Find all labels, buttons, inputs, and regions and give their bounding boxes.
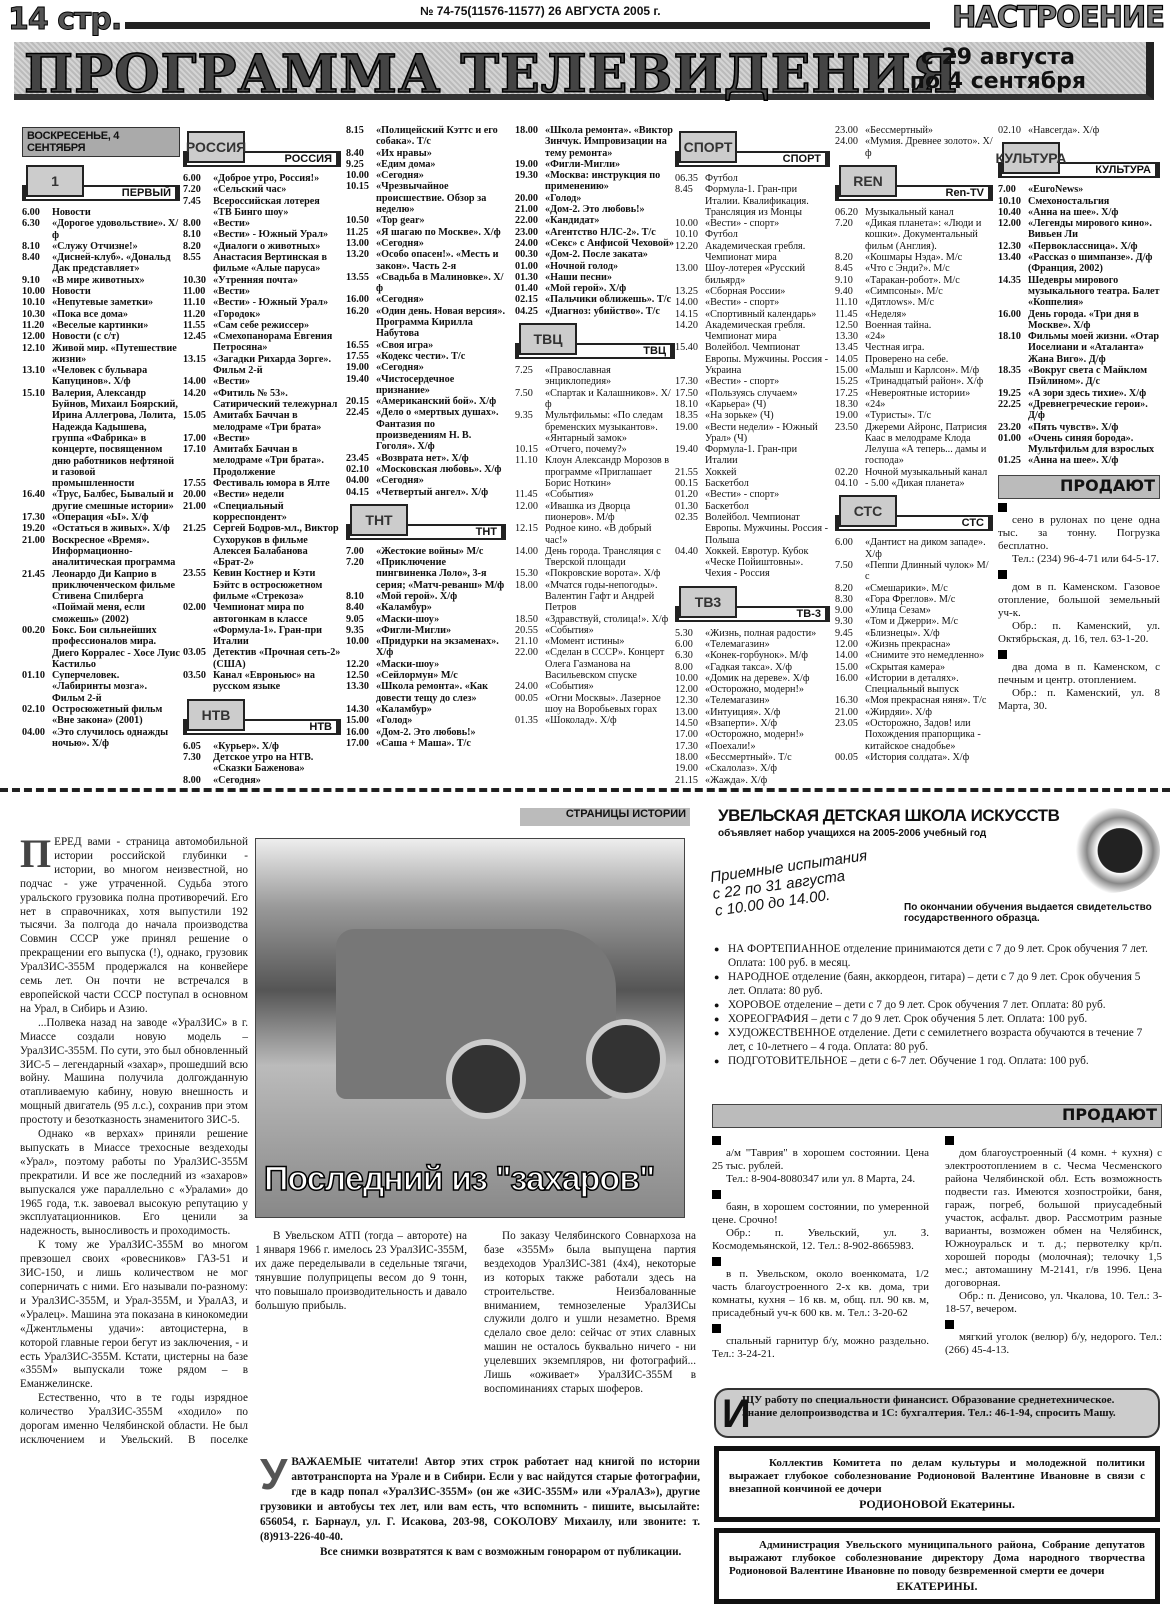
program-time: 01.40 xyxy=(515,283,545,294)
program-time: 18.10 xyxy=(998,331,1028,365)
program-title: «Телемагазин» xyxy=(705,639,830,650)
program-time: 23.00 xyxy=(835,125,865,136)
program-time: 23.20 xyxy=(998,422,1028,433)
program-listing: 7.20«Сельский час» xyxy=(183,184,341,195)
program-listing: 8.15«Полицейский Кэттс и его собака». Т/… xyxy=(346,125,506,148)
program-listing: 01.25«Анна на шее». Х/ф xyxy=(998,455,1160,466)
program-time: 01.35 xyxy=(515,715,545,726)
program-listing: 18.30«24» xyxy=(835,399,993,410)
program-listing: 10.00«Придурки на экзаменах». Х/ф xyxy=(346,636,506,659)
program-listing: 18.10Фильмы моей жизни. «Отар Иоселиани … xyxy=(998,331,1160,365)
program-time: 13.25 xyxy=(675,286,705,297)
program-time: 12.00 xyxy=(835,639,865,650)
program-listing: 8.40«Их нравы» xyxy=(346,148,506,159)
program-title: «Диалоги о животных» xyxy=(213,241,341,252)
program-listing: 21.55Хоккей xyxy=(675,467,830,478)
program-listing: 7.30Детское утро на НТВ. «Сказки Баженов… xyxy=(183,752,341,775)
program-title: «События» xyxy=(545,681,675,692)
program-listing: 15.40Волейбол. Чемпионат Европы. Мужчины… xyxy=(675,342,830,376)
program-time: 8.40 xyxy=(22,252,52,275)
program-listing: 01.20«Вести» - спорт» xyxy=(675,489,830,500)
program-title: «Невероятные истории» xyxy=(865,388,993,399)
program-time: 16.00 xyxy=(346,294,376,305)
program-title: Всероссийская лотерея «ТВ Бинго шоу» xyxy=(213,196,341,219)
program-listing: 22.00«Сделан в СССР». Концерт Олега Газм… xyxy=(515,647,675,681)
program-time: 8.20 xyxy=(835,252,865,263)
header-rule xyxy=(125,22,930,29)
program-title: День города. Трансляция с Тверской площа… xyxy=(545,546,675,569)
program-listing: 13.55«Свадьба в Малиновке». Х/ф xyxy=(346,272,506,295)
job-wanted-ad: И ЩУ работу по специальности финансист. … xyxy=(714,1388,1160,1438)
program-listing: 8.45Формула-1. Гран-при Италии. Квалифик… xyxy=(675,184,830,218)
program-title: Амитабх Баччан в мелодраме «Три брата» xyxy=(213,410,341,433)
channel-header: ТНТТНТ xyxy=(346,504,506,542)
program-listing: 8.00«Сегодня» xyxy=(183,775,341,786)
program-time: 8.15 xyxy=(346,125,376,148)
tv-program-banner: ПРОГРАММА ТЕЛЕВИДЕНИЯ с 29 августа по 4 … xyxy=(14,42,1154,100)
program-time: 04.00 xyxy=(22,727,52,750)
ad-text: Тел.: 8-904-8080347 или ул. 8 Марта, 24. xyxy=(712,1173,929,1186)
program-time: 21.55 xyxy=(675,467,705,478)
sell-header: ПРОДАЮТ xyxy=(712,1104,1162,1128)
program-time: 9.10 xyxy=(22,275,52,286)
program-listing: 01.30Баскетбол xyxy=(675,501,830,512)
tv-column-6: 23.00«Бессмертный»24.00«Мумия. Древнее з… xyxy=(835,125,993,763)
program-listing: 8.40«Дисней-клуб». «Дональд Дак представ… xyxy=(22,252,180,275)
program-title: «Чистосердечное признание» xyxy=(376,374,506,397)
program-title: «Голод» xyxy=(545,193,675,204)
program-listing: 15.10Валерия, Александр Буйнов, Михаил Б… xyxy=(22,388,180,490)
program-time: 17.55 xyxy=(183,478,213,489)
program-listing: 10.00«Сегодня» xyxy=(346,170,506,181)
program-listing: 22.00«Кандидат» xyxy=(515,215,675,226)
program-listing: 8.00«Гадкая такса». Х/ф xyxy=(675,662,830,673)
condolence-name: ЕКАТЕРИНЫ. xyxy=(729,1580,1145,1593)
program-title: «Вести» - Южный Урал» xyxy=(213,229,341,240)
program-listing: 01.35«Шоколад». Х/ф xyxy=(515,715,675,726)
program-title: «Жизнь прекрасна» xyxy=(865,639,993,650)
program-listing: 9.10«В мире животных» xyxy=(22,275,180,286)
program-listing: 21.25Сергей Бодров-мл., Виктор Сухоруков… xyxy=(183,523,341,568)
channel-header: РОССИЯРОССИЯ xyxy=(183,131,341,169)
program-title: «Поехали!» xyxy=(705,741,830,752)
program-title: Футбол xyxy=(705,229,830,240)
program-title: «Сегодня» xyxy=(376,294,506,305)
channel-tv3-cont: 23.00«Бессмертный»24.00«Мумия. Древнее з… xyxy=(835,125,993,159)
program-listing: 6.00«Доброе утро, Россия!» xyxy=(183,173,341,184)
program-listing: 01.30«Наши песни» xyxy=(515,272,675,283)
program-title: «Интуиция». Х/ф xyxy=(705,707,830,718)
program-listing: 14.20Академическая гребля. Чемпионат мир… xyxy=(675,320,830,343)
program-time: 04.10 xyxy=(835,478,865,489)
program-listing: 00.05«История солдата». Х/ф xyxy=(835,752,993,763)
program-time: 19.25 xyxy=(998,388,1028,399)
program-listing: 8.00«Вести» xyxy=(183,218,341,229)
program-time: 6.00 xyxy=(675,639,705,650)
program-title: «Курьер». Х/ф xyxy=(213,741,341,752)
program-time: 21.00 xyxy=(183,501,213,524)
condolence-text: Коллектив Комитета по делам культуры и м… xyxy=(729,1457,1145,1496)
program-listing: 11.00«Вести» xyxy=(183,286,341,297)
program-listing: 17.10Амитабх Баччан в мелодраме «Три бра… xyxy=(183,444,341,478)
program-title: «Сегодня» xyxy=(213,775,341,786)
program-time: 14.00 xyxy=(675,297,705,308)
school-departments: НА ФОРТЕПИАННОЕ отделение принимаются де… xyxy=(712,942,1157,1068)
program-listing: 6.00«Дантист на диком западе». Х/ф xyxy=(835,537,993,560)
program-listing: 21.45Леонардо Ди Каприо в приключенческо… xyxy=(22,569,180,625)
sell-header: ПРОДАЮТ xyxy=(998,475,1160,499)
program-title: «Что с Энди?». М/с xyxy=(865,263,993,274)
program-time: 8.10 xyxy=(346,591,376,602)
program-title: Хоккей. Евротур. Кубок «Ческе Пойиштовны… xyxy=(705,546,830,580)
program-title: «Трус, Балбес, Бывалый и другие смешные … xyxy=(52,489,180,512)
program-listing: 24.00«Секс» с Анфисой Чеховой» xyxy=(515,238,675,249)
program-time: 17.30 xyxy=(675,376,705,387)
program-title: «Сельский час» xyxy=(213,184,341,195)
program-listing: 14.30«Каламбур» xyxy=(346,704,506,715)
program-time: 10.00 xyxy=(675,218,705,229)
program-title: Академическая гребля. Чемпионат мира xyxy=(705,241,830,264)
program-time: 11.25 xyxy=(346,227,376,238)
program-listing: 21.00«Дом-2. Это любовь!» xyxy=(515,204,675,215)
tv-column-2: РОССИЯРОССИЯ6.00«Доброе утро, Россия!»7.… xyxy=(183,125,341,786)
reader-appeal: У ВАЖАЕМЫЕ читатели! Автор этих строк ра… xyxy=(260,1455,700,1560)
program-listing: 02.10Остросюжетный фильм «Вне закона» (2… xyxy=(22,704,180,727)
program-time: 20.55 xyxy=(515,625,545,636)
program-time: 12.50 xyxy=(835,320,865,331)
program-title: «Вести» - спорт» xyxy=(705,489,830,500)
program-listing: 22.25«Древнегреческие герои». Д/ф xyxy=(998,399,1160,422)
program-listing: 15.00«Голод» xyxy=(346,715,506,726)
article-paragraph: ...Полвека назад на заводе «УралЗИС» в г… xyxy=(20,1017,248,1128)
program-title: «Момент истины» xyxy=(545,636,675,647)
program-title: «Фигли-Мигли» xyxy=(545,159,675,170)
ad-text: а/м "Таврия" в хорошем состоянии. Цена 2… xyxy=(712,1147,929,1173)
program-listing: 23.55Кевин Костнер и Кэти Бэйтс в острос… xyxy=(183,568,341,602)
program-title: «Туристы». Т/с xyxy=(865,410,993,421)
program-listing: 19.40«Чистосердечное признание» xyxy=(346,374,506,397)
channel-header: СТССТС xyxy=(835,495,993,533)
program-listing: 02.10«Навсегда». Х/ф xyxy=(998,125,1160,136)
program-title: Военная тайна. xyxy=(865,320,993,331)
program-listing: 7.20«Дикая планета»: «Люди и кошки». Док… xyxy=(835,218,993,252)
program-listing: 18.00«Школа ремонта». «Виктор Зинчук. Им… xyxy=(515,125,675,159)
program-title: «Анна на шее». Х/ф xyxy=(1028,207,1160,218)
program-time: 01.00 xyxy=(515,261,545,272)
program-listing: 12.00«Жизнь прекрасна» xyxy=(835,639,993,650)
program-time: 14.20 xyxy=(675,320,705,343)
program-listing: 12.50«Сейлормун» М/с xyxy=(346,670,506,681)
program-time: 04.00 xyxy=(346,475,376,486)
program-time: 22.25 xyxy=(998,399,1028,422)
truck-photo: Последний из "захаров" xyxy=(255,838,685,1218)
program-title: «Вести» - спорт» xyxy=(705,376,830,387)
program-listing: 13.00«Сегодня» xyxy=(346,238,506,249)
channel-rossiya: РОССИЯРОССИЯ6.00«Доброе утро, Россия!»7.… xyxy=(183,131,341,693)
program-time: 14.00 xyxy=(835,650,865,661)
program-time: 8.55 xyxy=(183,252,213,275)
program-title: «Карьера» (Ч) xyxy=(705,399,830,410)
program-title: «Очень синяя борода». Мультфильм для взр… xyxy=(1028,433,1160,456)
program-title: «Специальный корреспондент» xyxy=(213,501,341,524)
program-title: Новости xyxy=(52,286,180,297)
program-time: 22.00 xyxy=(515,215,545,226)
sell-ads-large: ПРОДАЮТ а/м "Таврия" в хорошем состоянии… xyxy=(712,1096,1162,1361)
program-listing: 19.30«Москва: инструкция по применению» xyxy=(515,170,675,193)
program-time: 9.25 xyxy=(346,159,376,170)
program-time: 8.00 xyxy=(183,775,213,786)
channel-kultura: КУЛЬТУРАКУЛЬТУРА7.00«EuroNews»10.10Смехо… xyxy=(998,142,1160,466)
department-item: ХУДОЖЕСТВЕННОЕ отделение. Дети с семилет… xyxy=(712,1026,1157,1054)
program-time: 15.30 xyxy=(515,568,545,579)
program-title: «Улица Сезам» xyxy=(865,605,993,616)
program-listing: 14.20«Фитиль № 53». Сатирический тележур… xyxy=(183,388,341,411)
program-time: 8.30 xyxy=(835,594,865,605)
program-time: 16.00 xyxy=(835,673,865,696)
ad-text: Обр.: п. Каменский, ул. 8 Марта, 30. xyxy=(998,687,1160,713)
program-time: 12.30 xyxy=(675,695,705,706)
program-time: 21.45 xyxy=(22,569,52,625)
program-listing: 06.20Музыкальный канал xyxy=(835,207,993,218)
program-listing: 01.40«Мой герой». Х/ф xyxy=(515,283,675,294)
program-time: 14.00 xyxy=(183,376,213,387)
program-time: 13.55 xyxy=(346,272,376,295)
program-time: 15.25 xyxy=(835,376,865,387)
program-title: «Рассказ о шимпанзе». Д/ф (Франция, 2002… xyxy=(1028,252,1160,275)
program-listing: 21.10«Момент истины» xyxy=(515,636,675,647)
bullet-square-icon xyxy=(712,1324,721,1333)
program-title: «Смешарики». М/с xyxy=(865,583,993,594)
program-title: «Вести» недели xyxy=(213,489,341,500)
bullet-square-icon xyxy=(945,1320,954,1329)
ad-text: в п. Увельском, около военкомата, 1/2 ча… xyxy=(712,1268,929,1320)
program-time: 17.55 xyxy=(346,351,376,362)
program-title: «Их нравы» xyxy=(376,148,506,159)
program-title: «Гора Фреглов». М/с xyxy=(865,594,993,605)
program-time: 16.00 xyxy=(998,309,1028,332)
program-listing: 7.00«Жестокие войны» М/с xyxy=(346,546,506,557)
program-time: 14.15 xyxy=(675,309,705,320)
program-listing: 23.20«Пять чувств». Х/ф xyxy=(998,422,1160,433)
program-listing: 11.45«Неделя» xyxy=(835,309,993,320)
program-time: 13.20 xyxy=(346,249,376,272)
program-title: «Скалолаз». Х/ф xyxy=(705,763,830,774)
tv-column-3: 8.15«Полицейский Кэттс и его собака». Т/… xyxy=(346,125,506,749)
program-time: 18.00 xyxy=(515,580,545,614)
program-title: «Бессмертный». Т/с xyxy=(705,752,830,763)
program-title: «Дикая планета»: «Люди и кошки». Докумен… xyxy=(865,218,993,252)
program-time: 15.00 xyxy=(835,365,865,376)
program-listing: 10.40«Анна на шее». Х/ф xyxy=(998,207,1160,218)
program-listing: 11.45«События» xyxy=(515,489,675,500)
program-listing: 19.25«А зори здесь тихие». Х/ф xyxy=(998,388,1160,399)
tv-column-1: ВОСКРЕСЕНЬЕ, 4 СЕНТЯБРЯ ПЕРВЫЙ16.00Новос… xyxy=(22,125,180,749)
program-listing: 00.15Баскетбол xyxy=(675,478,830,489)
program-time: 02.00 xyxy=(183,602,213,647)
program-listing: 9.35«Фигли-Мигли» xyxy=(346,625,506,636)
program-title: «Сегодня» xyxy=(376,238,506,249)
program-title: «Дорогое удовольствие». Х/ф xyxy=(52,218,180,241)
channel-header: ТВЦТВЦ xyxy=(515,323,675,361)
channel-ntv-cont: 8.15«Полицейский Кэттс и его собака». Т/… xyxy=(346,125,506,498)
program-listing: 02.20Ночной музыкальный канал xyxy=(835,467,993,478)
channel-tvc: ТВЦТВЦ7.25«Православная энциклопедия»7.5… xyxy=(515,323,675,727)
program-time: 16.20 xyxy=(346,306,376,340)
program-title: «Первоклассница». Х/ф xyxy=(1028,241,1160,252)
program-listing: 17.00«Вести» xyxy=(183,433,341,444)
program-title: «Шоколад». Х/ф xyxy=(545,715,675,726)
program-title: «Московская любовь». Х/ф xyxy=(376,464,506,475)
history-article-col1: ПЕРЕД вами - страница автомобильной исто… xyxy=(20,836,248,1448)
program-listing: 23.00«Бессмертный» xyxy=(835,125,993,136)
department-item: НА ФОРТЕПИАННОЕ отделение принимаются де… xyxy=(712,942,1157,970)
program-title: «EuroNews» xyxy=(1028,184,1160,195)
program-time: 6.05 xyxy=(183,741,213,752)
program-title: «На зорьке» (Ч) xyxy=(705,410,830,421)
sell-column-right: дом благоустроенный (4 комн. + кухня) с … xyxy=(945,1132,1162,1361)
program-listing: 8.10«Вести» - Южный Урал» xyxy=(183,229,341,240)
program-time: 02.15 xyxy=(515,294,545,305)
program-time: 16.30 xyxy=(835,695,865,706)
program-listing: 02.15«Пальчики оближешь». Т/с xyxy=(515,294,675,305)
program-title: «Пальчики оближешь». Т/с xyxy=(545,294,675,305)
program-title: «Скрытая камера» xyxy=(865,662,993,673)
page-header: 14 стр. № 74-75(11576-11577) 26 АВГУСТА … xyxy=(0,0,1170,40)
program-listing: 12.00«Легенды мирового кино». Вивьен Ли xyxy=(998,218,1160,241)
program-title: «Гадкая такса». Х/ф xyxy=(705,662,830,673)
program-time: 7.50 xyxy=(515,388,545,411)
program-listing: 12.45«Смехопанорама Евгения Петросяна» xyxy=(183,331,341,354)
program-title: «Вести» xyxy=(213,218,341,229)
program-title: «Американский бой». Х/ф xyxy=(376,396,506,407)
program-title: «Жестокие войны» М/с xyxy=(376,546,506,557)
program-time: 7.20 xyxy=(346,557,376,591)
page-number: 14 стр. xyxy=(8,2,121,37)
program-title: «24» xyxy=(865,399,993,410)
bullet-square-icon xyxy=(998,650,1007,659)
program-title: Музыкальный канал xyxy=(865,207,993,218)
program-listing: 18.50«Здравствуй, столица!». Х/ф xyxy=(515,614,675,625)
program-title: «Жажда». Х/ф xyxy=(705,775,830,786)
program-title: Чемпионат мира по автогонкам в классе «Ф… xyxy=(213,602,341,647)
program-time: 13.45 xyxy=(835,342,865,353)
program-time: 8.00 xyxy=(183,218,213,229)
program-title: «Древнегреческие герои». Д/ф xyxy=(1028,399,1160,422)
program-time: 13.40 xyxy=(998,252,1028,275)
ad-text: мягкий уголок (велюр) б/у, недорого. Тел… xyxy=(945,1331,1162,1357)
program-listing: 8.30«Гора Фреглов». М/с xyxy=(835,594,993,605)
program-listing: 12.00Новости (с с/т) xyxy=(22,331,180,342)
program-title: Новости (с с/т) xyxy=(52,331,180,342)
tv-column-4: 18.00«Школа ремонта». «Виктор Зинчук. Им… xyxy=(515,125,675,727)
program-listing: 13.45Честная игра. xyxy=(835,342,993,353)
program-time: 7.00 xyxy=(998,184,1028,195)
history-article-col3: По заказу Челябинского Совнархоза на баз… xyxy=(484,1230,696,1397)
program-time: 23.55 xyxy=(183,568,213,602)
bullet-square-icon xyxy=(712,1136,721,1145)
program-title: «Я шагаю по Москве». Х/ф xyxy=(376,227,506,238)
program-title: «Том и Джерри». М/с xyxy=(865,616,993,627)
program-listing: 17.00«Осторожно, модерн!» xyxy=(675,729,830,740)
program-time: 6.00 xyxy=(835,537,865,560)
program-title: «Телемагазин» xyxy=(705,695,830,706)
program-time: 19.20 xyxy=(22,523,52,534)
program-time: 13.15 xyxy=(183,354,213,377)
program-listing: 13.20«Особо опасен!». «Месть и закон». Ч… xyxy=(346,249,506,272)
program-title: «Дом-2. После заката» xyxy=(545,249,675,260)
program-listing: 12.20«Маски-шоу» xyxy=(346,659,506,670)
program-listing: 8.20«Смешарики». М/с xyxy=(835,583,993,594)
channel-logo-icon: СПОРТ xyxy=(679,131,737,163)
program-time: 10.00 xyxy=(346,636,376,659)
program-time: 7.00 xyxy=(346,546,376,557)
program-time: 20.00 xyxy=(183,489,213,500)
program-listing: 13.30«24» xyxy=(835,331,993,342)
ad-text: Обр.: п. Каменский, ул. Октябрьская, д. … xyxy=(998,620,1160,646)
program-title: «Приключение пингвиненка Лоло», 3-я сери… xyxy=(376,557,506,591)
program-title: «События» xyxy=(545,625,675,636)
program-title: Остросюжетный фильм «Вне закона» (2001) xyxy=(52,704,180,727)
program-title: «Агентство НЛС-2». Т/с xyxy=(545,227,675,238)
program-listing: 14.00«Снимите это немедленно» xyxy=(835,650,993,661)
program-title: «Сам себе режиссер» xyxy=(213,320,341,331)
condolence-name: РОДИОНОВОЙ Екатерины. xyxy=(729,1498,1145,1511)
program-listing: 16.20«Один день. Новая версия». Программ… xyxy=(346,306,506,340)
program-listing: 17.25«Невероятные истории» xyxy=(835,388,993,399)
program-listing: 7.50«Спартак и Калашников». Х/ф xyxy=(515,388,675,411)
program-title: «Ночной голод» xyxy=(545,261,675,272)
program-listing: 04.25«Диагноз: убийство». Т/с xyxy=(515,306,675,317)
channel-tnt: ТНТТНТ7.00«Жестокие войны» М/с7.20«Прикл… xyxy=(346,504,506,749)
program-time: 04.25 xyxy=(515,306,545,317)
program-time: 06.35 xyxy=(675,173,705,184)
program-time: 17.00 xyxy=(675,729,705,740)
program-title: Академическая гребля. Чемпионат мира xyxy=(705,320,830,343)
program-listing: 14.00День города. Трансляция с Тверской … xyxy=(515,546,675,569)
program-title: Баскетбол xyxy=(705,478,830,489)
program-listing: 17.55«Кодекс чести». Т/с xyxy=(346,351,506,362)
program-title: «Маски-шоу» xyxy=(376,659,506,670)
program-listing: 21.00Воскресное «Время». Информационно-а… xyxy=(22,535,180,569)
ad-text: дом благоустроенный (4 комн. + кухня) с … xyxy=(945,1147,1162,1290)
program-title: «Навсегда». Х/ф xyxy=(1028,125,1160,136)
program-time: 11.10 xyxy=(515,455,545,489)
article-paragraph: В Увельском АТП (тогда – автороте) на 1 … xyxy=(255,1230,467,1313)
program-listing: 12.00«Осторожно, модерн!» xyxy=(675,684,830,695)
program-title: «Своя игра» xyxy=(376,340,506,351)
program-title: «Человек с бульвара Капуцинов». Х/ф xyxy=(52,365,180,388)
program-listing: 17.30«Операция «Ы». Х/ф xyxy=(22,512,180,523)
program-listing: 9.35Мультфильмы: «По следам бременских м… xyxy=(515,410,675,444)
school-title: УВЕЛЬСКАЯ ДЕТСКАЯ ШКОЛА ИСКУССТВ xyxy=(718,806,1059,826)
channel-ntv: НТВНТВ6.05«Курьер». Х/ф7.30Детское утро … xyxy=(183,699,341,786)
program-listing: 13.25«Сборная России» xyxy=(675,286,830,297)
program-time: 01.20 xyxy=(675,489,705,500)
program-time: 12.00 xyxy=(675,684,705,695)
program-time: 04.15 xyxy=(346,487,376,498)
program-title: «Мой герой». Х/ф xyxy=(545,283,675,294)
program-title: «Служу Отчизне!» xyxy=(52,241,180,252)
channel-tv3: ТВ-3ТВ35.30«Жизнь, полная радости»6.00«Т… xyxy=(675,586,830,786)
program-time: 19.40 xyxy=(346,374,376,397)
program-time: 00.05 xyxy=(835,752,865,763)
program-title: «Мчатся годы-непогоды». Валентин Гафт и … xyxy=(545,580,675,614)
program-time: 18.50 xyxy=(515,614,545,625)
article-paragraph: Однако «в верхах» приняли решение выпуск… xyxy=(20,1128,248,1239)
program-listing: 16.55«Своя игра» xyxy=(346,340,506,351)
program-listing: 21.00«Жирдяи». Х/ф xyxy=(835,707,993,718)
program-title: «Москва: инструкция по применению» xyxy=(545,170,675,193)
